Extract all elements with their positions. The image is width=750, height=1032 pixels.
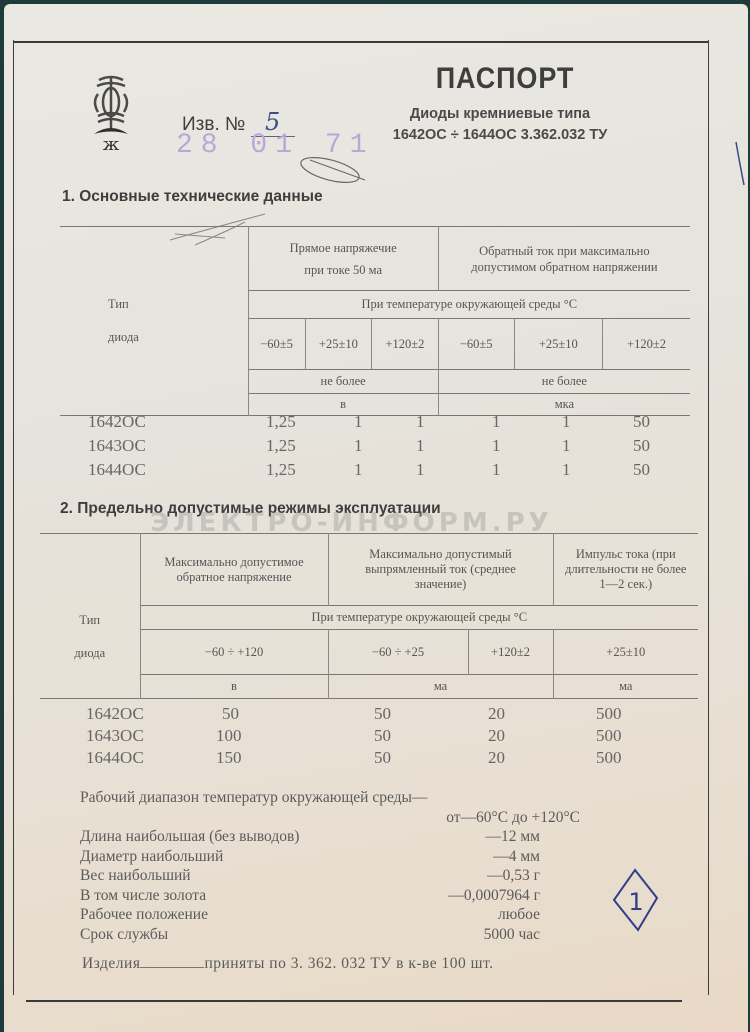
svg-text:ж: ж bbox=[103, 134, 120, 152]
max-reverse-voltage-header: Максимально допустимое обратное напряжен… bbox=[140, 534, 328, 606]
unit-label: ма bbox=[328, 675, 553, 699]
acceptance-suffix: приняты по 3. 362. 032 ТУ в к-ве 100 шт. bbox=[204, 955, 493, 972]
specifications-list: Рабочий диапазон температур окружающей с… bbox=[80, 788, 580, 944]
acceptance-prefix: Изделия bbox=[82, 955, 140, 972]
svg-text:1: 1 bbox=[628, 888, 643, 916]
value-cell: 1 bbox=[562, 460, 571, 480]
temp-col: +120±2 bbox=[603, 319, 690, 369]
limit-label: не более bbox=[438, 369, 690, 393]
value-cell: 1 bbox=[492, 412, 501, 432]
value-cell: 20 bbox=[488, 726, 505, 746]
temp-col: −60 ÷ +25 bbox=[328, 630, 468, 675]
value-cell: 1,25 bbox=[266, 436, 296, 456]
value-cell: 500 bbox=[596, 726, 622, 746]
value-cell: 20 bbox=[488, 748, 505, 768]
type-header-2: диода bbox=[108, 330, 246, 345]
spec-row: В том числе золота—0,0007964 г bbox=[80, 886, 580, 906]
temp-col: +120±2 bbox=[468, 630, 553, 675]
spec-label: Вес наибольший bbox=[80, 866, 191, 886]
unit-label: ма bbox=[553, 675, 698, 699]
diode-type: 1642ОС bbox=[88, 412, 146, 432]
inspector-mark-icon: 1 bbox=[610, 868, 660, 932]
pen-mark-icon bbox=[734, 140, 746, 190]
type-header: Тип bbox=[42, 613, 138, 628]
forward-voltage-header: Прямое напряжечие при токе 50 ма bbox=[248, 227, 438, 291]
type-header-2: диода bbox=[42, 646, 138, 661]
spec-value: —4 мм bbox=[493, 847, 540, 867]
spec-row: Диаметр наибольший—4 мм bbox=[80, 847, 580, 867]
value-cell: 1 bbox=[416, 412, 425, 432]
type-header: Тип bbox=[108, 297, 246, 312]
value-cell: 1,25 bbox=[266, 412, 296, 432]
section-2-header-table: Тип диода Максимально допустимое обратно… bbox=[40, 533, 698, 699]
diode-type: 1643ОС bbox=[86, 726, 144, 746]
spec-value: —0,0007964 г bbox=[448, 886, 540, 906]
reverse-current-header: Обратный ток при максимально допустимом … bbox=[438, 227, 690, 291]
value-cell: 500 bbox=[596, 704, 622, 724]
value-cell: 50 bbox=[374, 726, 391, 746]
temp-range-label: Рабочий диапазон температур окружающей с… bbox=[80, 788, 580, 808]
spec-label: Диаметр наибольший bbox=[80, 847, 223, 867]
document-subtitle: Диоды кремниевые типа 1642ОС ÷ 1644ОС 3.… bbox=[350, 104, 650, 146]
diode-type: 1644ОС bbox=[86, 748, 144, 768]
subtitle-line-1: Диоды кремниевые типа bbox=[350, 104, 650, 125]
value-cell: 50 bbox=[633, 460, 650, 480]
value-cell: 1 bbox=[354, 460, 363, 480]
value-cell: 50 bbox=[633, 436, 650, 456]
value-cell: 150 bbox=[216, 748, 242, 768]
value-cell: 1 bbox=[492, 460, 501, 480]
value-cell: 1 bbox=[492, 436, 501, 456]
temp-col: +25±10 bbox=[305, 319, 372, 369]
spec-row: Длина наибольшая (без выводов)—12 мм bbox=[80, 827, 580, 847]
signature-scribble-icon bbox=[270, 150, 380, 190]
spec-row: Рабочее положениелюбое bbox=[80, 905, 580, 925]
temp-range-value: от—60°С до +120°С bbox=[80, 808, 580, 828]
unit-label: в bbox=[140, 675, 328, 699]
value-cell: 1 bbox=[416, 460, 425, 480]
temp-col: −60 ÷ +120 bbox=[140, 630, 328, 675]
value-cell: 1 bbox=[354, 436, 363, 456]
value-cell: 1 bbox=[354, 412, 363, 432]
document-title: ПАСПОРТ bbox=[411, 62, 600, 96]
spec-label: В том числе золота bbox=[80, 886, 206, 906]
section-1-title: 1. Основные технические данные bbox=[62, 188, 323, 206]
spec-value: —0,53 г bbox=[487, 866, 540, 886]
limit-label: не более bbox=[248, 369, 438, 393]
value-cell: 50 bbox=[374, 704, 391, 724]
value-cell: 20 bbox=[488, 704, 505, 724]
spec-row: Срок службы5000 час bbox=[80, 925, 580, 945]
spec-value: любое bbox=[498, 905, 540, 925]
value-cell: 1 bbox=[416, 436, 425, 456]
diode-type: 1644ОС bbox=[88, 460, 146, 480]
value-cell: 1,25 bbox=[266, 460, 296, 480]
value-cell: 50 bbox=[374, 748, 391, 768]
temp-col: −60±5 bbox=[248, 319, 305, 369]
spec-value: 5000 час bbox=[484, 925, 540, 945]
spec-label: Рабочее положение bbox=[80, 905, 208, 925]
acceptance-line: Изделияприняты по 3. 362. 032 ТУ в к-ве … bbox=[82, 955, 494, 973]
radio-antenna-logo-icon: ж bbox=[86, 72, 136, 152]
section-1-header-table: Тип диода Прямое напряжечие при токе 50 … bbox=[60, 226, 690, 416]
subtitle-line-2: 1642ОС ÷ 1644ОС 3.362.032 ТУ bbox=[350, 125, 650, 146]
bottom-rule bbox=[26, 1000, 682, 1002]
blank-field bbox=[140, 967, 204, 968]
temp-col: +120±2 bbox=[372, 319, 439, 369]
temp-col: +25±10 bbox=[514, 319, 602, 369]
value-cell: 500 bbox=[596, 748, 622, 768]
spec-label: Срок службы bbox=[80, 925, 168, 945]
value-cell: 50 bbox=[633, 412, 650, 432]
value-cell: 1 bbox=[562, 436, 571, 456]
temp-col: +25±10 bbox=[553, 630, 698, 675]
pulse-current-header: Импульс тока (при длительности не более … bbox=[553, 534, 698, 606]
spec-label: Длина наибольшая (без выводов) bbox=[80, 827, 299, 847]
value-cell: 50 bbox=[222, 704, 239, 724]
temperature-header: При температуре окружающей среды °С bbox=[140, 606, 698, 630]
diode-type: 1643ОС bbox=[88, 436, 146, 456]
diode-type: 1642ОС bbox=[86, 704, 144, 724]
spec-row: Вес наибольший—0,53 г bbox=[80, 866, 580, 886]
temperature-header: При температуре окружающей среды °С bbox=[248, 291, 690, 319]
spec-value: —12 мм bbox=[486, 827, 541, 847]
value-cell: 1 bbox=[562, 412, 571, 432]
value-cell: 100 bbox=[216, 726, 242, 746]
temp-col: −60±5 bbox=[438, 319, 514, 369]
max-rectified-current-header: Максимально допустимый выпрямленный ток … bbox=[328, 534, 553, 606]
